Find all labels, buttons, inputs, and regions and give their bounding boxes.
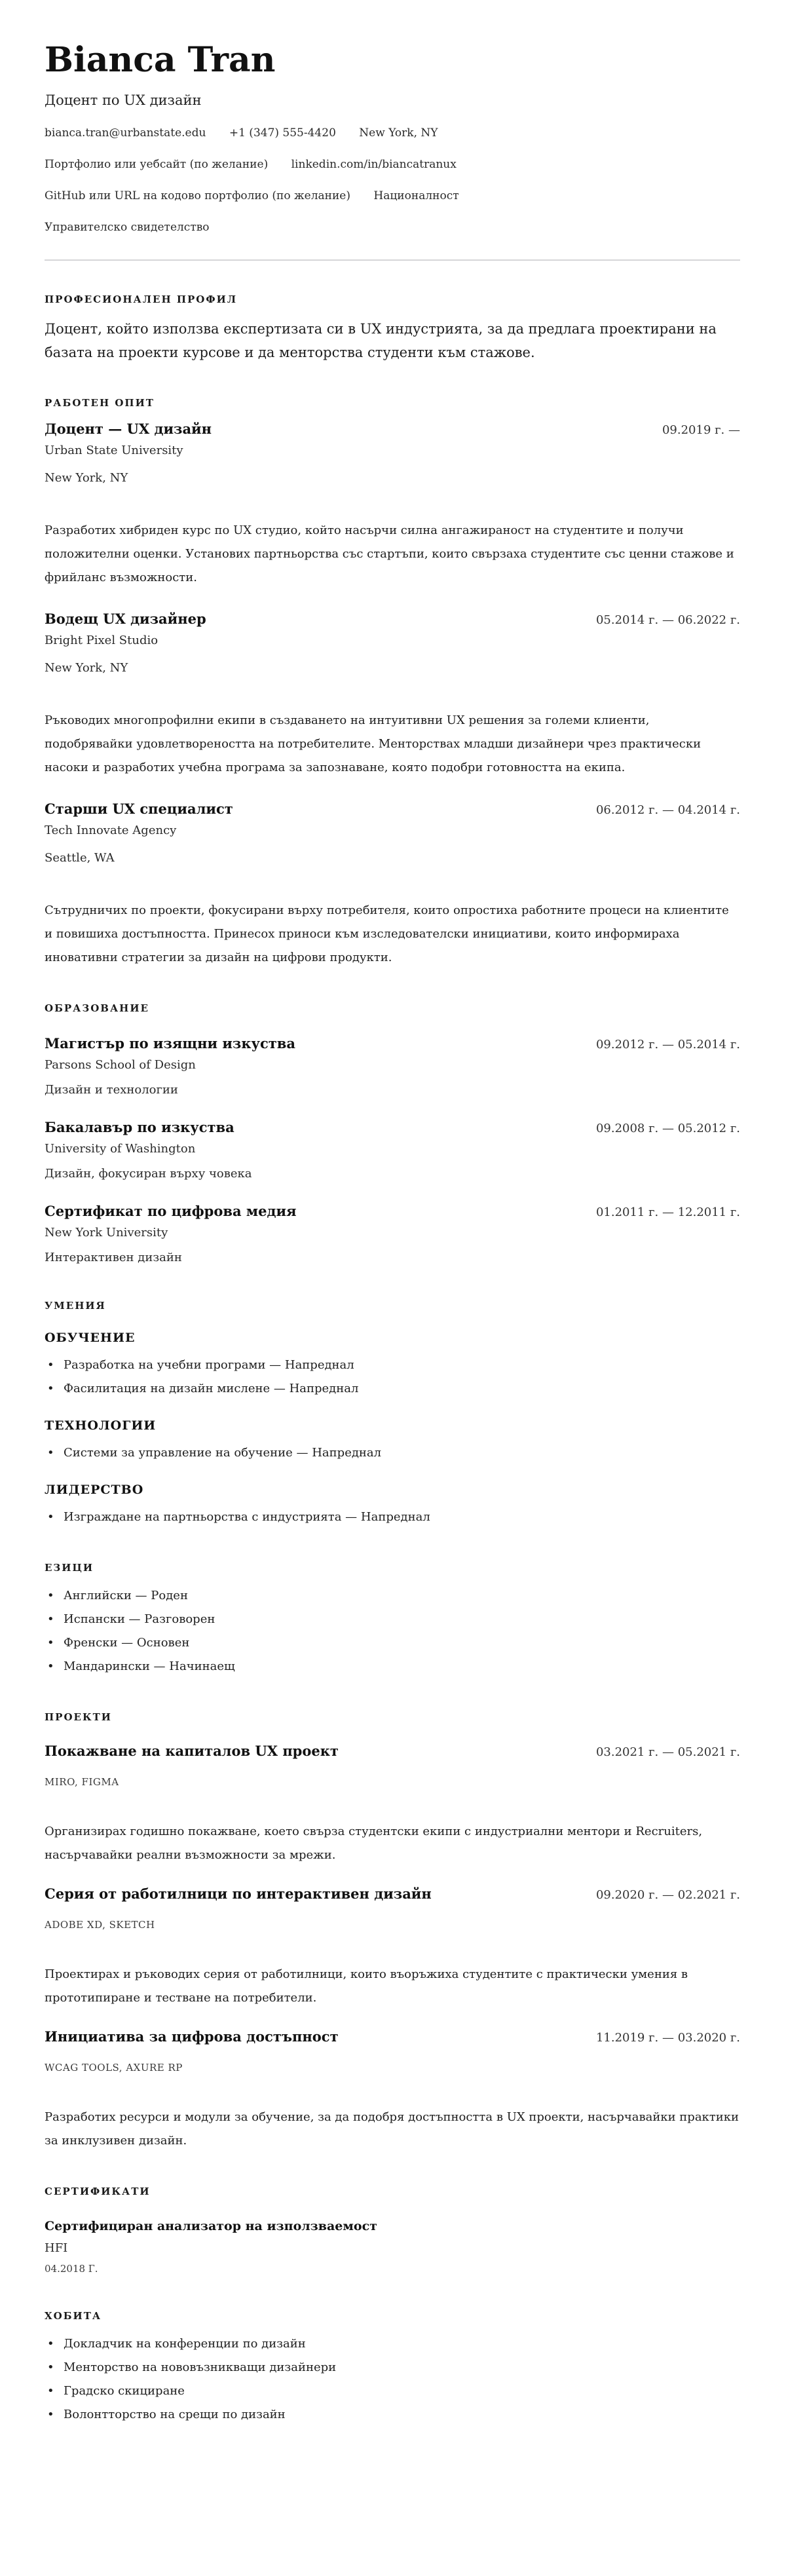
- section-title: Професионален профил: [45, 292, 740, 307]
- school: University of Washington: [45, 1140, 740, 1158]
- driving-license-placeholder: Управителско свидетелство: [45, 221, 210, 234]
- job-title: Старши UX специалист: [45, 799, 233, 819]
- certificate-date: 04.2018 Г.: [45, 2260, 740, 2277]
- skill-item: Изграждане на партньорства с индустрията…: [45, 1506, 740, 1529]
- resume-page: Bianca Tran Доцент по UX дизайн bianca.t…: [0, 0, 786, 2453]
- skill-item: Фасилитация на дизайн мислене — Напредна…: [45, 1377, 740, 1401]
- degree: Бакалавър по изкуства: [45, 1118, 234, 1137]
- section-title: Умения: [45, 1298, 740, 1313]
- job-description: Сътрудничих по проекти, фокусирани върху…: [45, 899, 740, 970]
- skill-list: Разработка на учебни програми — Напредна…: [45, 1354, 740, 1401]
- project-dates: 03.2021 г. — 05.2021 г.: [596, 1743, 740, 1762]
- project-title: Покажване на капиталов UX проект: [45, 1741, 339, 1761]
- hobby-item: Градско скициране: [45, 2379, 740, 2403]
- school: New York University: [45, 1224, 740, 1242]
- job-location: New York, NY: [45, 659, 740, 677]
- phone-number[interactable]: +1 (347) 555-4420: [229, 126, 336, 140]
- project-entry: Покажване на капиталов UX проект 03.2021…: [45, 1741, 740, 1867]
- hobby-list: Докладчик на конференции по дизайн Менто…: [45, 2332, 740, 2427]
- skill-item: Разработка на учебни програми — Напредна…: [45, 1354, 740, 1377]
- field-of-study: Дизайн, фокусиран върху човека: [45, 1165, 740, 1183]
- section-title: Образование: [45, 1001, 740, 1015]
- skill-item: Системи за управление на обучение — Напр…: [45, 1441, 740, 1465]
- section-languages: Езици Английски — Роден Испански — Разго…: [45, 1561, 740, 1678]
- education-entry: Бакалавър по изкуства 09.2008 г. — 05.20…: [45, 1118, 740, 1183]
- contact-row: bianca.tran@urbanstate.edu +1 (347) 555-…: [45, 124, 740, 142]
- section-education: Образование Магистър по изящни изкуства …: [45, 1001, 740, 1267]
- location: New York, NY: [359, 126, 438, 140]
- project-tools: WCAG TOOLS, AXURE RP: [45, 2060, 740, 2075]
- employer: Urban State University: [45, 442, 740, 460]
- certificate-issuer: HFI: [45, 2239, 740, 2258]
- language-list: Английски — Роден Испански — Разговорен …: [45, 1584, 740, 1678]
- degree: Сертификат по цифрова медия: [45, 1202, 297, 1221]
- skill-group-title: ЛИДЕРСТВО: [45, 1481, 740, 1499]
- candidate-headline: Доцент по UX дизайн: [45, 90, 740, 110]
- hobby-item: Докладчик на конференции по дизайн: [45, 2332, 740, 2356]
- contact-row: Управителско свидетелство: [45, 219, 740, 236]
- experience-entry: Доцент — UX дизайн 09.2019 г. — Urban St…: [45, 419, 740, 590]
- skill-list: Системи за управление на обучение — Напр…: [45, 1441, 740, 1465]
- skill-list: Изграждане на партньорства с индустрията…: [45, 1506, 740, 1529]
- project-title: Серия от работилници по интерактивен диз…: [45, 1884, 432, 1904]
- section-projects: Проекти Покажване на капиталов UX проект…: [45, 1710, 740, 2153]
- contact-row: GitHub или URL на кодово портфолио (по ж…: [45, 187, 740, 204]
- education-dates: 09.2008 г. — 05.2012 г.: [596, 1119, 740, 1139]
- section-title: Работен опит: [45, 396, 740, 410]
- job-title: Водещ UX дизайнер: [45, 609, 206, 629]
- education-dates: 09.2012 г. — 05.2014 г.: [596, 1035, 740, 1055]
- skill-group-title: ОБУЧЕНИЕ: [45, 1329, 740, 1347]
- section-title: Сертификати: [45, 2184, 740, 2199]
- project-description: Разработих ресурси и модули за обучение,…: [45, 2106, 740, 2153]
- candidate-name: Bianca Tran: [45, 38, 740, 83]
- project-description: Проектирах и ръководих серия от работилн…: [45, 1963, 740, 2010]
- project-description: Организирах годишно покажване, което свъ…: [45, 1820, 740, 1867]
- field-of-study: Интерактивен дизайн: [45, 1249, 740, 1267]
- hobby-item: Волонтторство на срещи по дизайн: [45, 2403, 740, 2427]
- skill-group-title: ТЕХНОЛОГИИ: [45, 1416, 740, 1435]
- experience-entry: Водещ UX дизайнер 05.2014 г. — 06.2022 г…: [45, 609, 740, 780]
- project-dates: 11.2019 г. — 03.2020 г.: [596, 2028, 740, 2048]
- language-item: Мандарински — Начинаещ: [45, 1655, 740, 1678]
- language-item: Френски — Основен: [45, 1631, 740, 1655]
- summary-text: Доцент, който използва експертизата си в…: [45, 317, 740, 364]
- job-location: New York, NY: [45, 469, 740, 487]
- linkedin-link[interactable]: linkedin.com/in/biancatranux: [291, 158, 457, 171]
- section-experience: Работен опит Доцент — UX дизайн 09.2019 …: [45, 396, 740, 970]
- education-entry: Сертификат по цифрова медия 01.2011 г. —…: [45, 1202, 740, 1267]
- header-divider: [45, 259, 740, 261]
- project-dates: 09.2020 г. — 02.2021 г.: [596, 1885, 740, 1905]
- language-item: Испански — Разговорен: [45, 1608, 740, 1631]
- certificate-name: Сертифициран анализатор на използваемост: [45, 2217, 740, 2235]
- experience-entry: Старши UX специалист 06.2012 г. — 04.201…: [45, 799, 740, 970]
- section-title: Хобита: [45, 2309, 740, 2323]
- section-certificates: Сертификати Сертифициран анализатор на и…: [45, 2184, 740, 2277]
- section-title: Езици: [45, 1561, 740, 1575]
- contact-info: bianca.tran@urbanstate.edu +1 (347) 555-…: [45, 124, 740, 236]
- job-description: Ръководих многопрофилни екипи в създаван…: [45, 709, 740, 780]
- education-dates: 01.2011 г. — 12.2011 г.: [596, 1203, 740, 1222]
- section-title: Проекти: [45, 1710, 740, 1724]
- nationality-placeholder: Националност: [373, 189, 458, 202]
- contact-row: Портфолио или уебсайт (по желание) linke…: [45, 156, 740, 173]
- degree: Магистър по изящни изкуства: [45, 1034, 295, 1053]
- education-entry: Магистър по изящни изкуства 09.2012 г. —…: [45, 1034, 740, 1099]
- field-of-study: Дизайн и технологии: [45, 1081, 740, 1099]
- project-tools: ADOBE XD, SKETCH: [45, 1917, 740, 1933]
- github-placeholder: GitHub или URL на кодово портфолио (по ж…: [45, 189, 350, 202]
- resume-header: Bianca Tran Доцент по UX дизайн bianca.t…: [45, 38, 740, 261]
- email-link[interactable]: bianca.tran@urbanstate.edu: [45, 126, 206, 140]
- job-dates: 05.2014 г. — 06.2022 г.: [596, 611, 740, 630]
- job-description: Разработих хибриден курс по UX студио, к…: [45, 519, 740, 590]
- portfolio-placeholder: Портфолио или уебсайт (по желание): [45, 158, 268, 171]
- employer: Tech Innovate Agency: [45, 822, 740, 840]
- job-title: Доцент — UX дизайн: [45, 419, 212, 439]
- job-dates: 09.2019 г. —: [662, 421, 740, 440]
- section-hobbies: Хобита Докладчик на конференции по дизай…: [45, 2309, 740, 2427]
- hobby-item: Менторство на нововъзникващи дизайнери: [45, 2356, 740, 2379]
- school: Parsons School of Design: [45, 1056, 740, 1074]
- section-skills: Умения ОБУЧЕНИЕ Разработка на учебни про…: [45, 1298, 740, 1529]
- project-entry: Серия от работилници по интерактивен диз…: [45, 1884, 740, 2010]
- project-tools: MIRO, FIGMA: [45, 1774, 740, 1790]
- project-title: Инициатива за цифрова достъпност: [45, 2027, 339, 2047]
- project-entry: Инициатива за цифрова достъпност 11.2019…: [45, 2027, 740, 2153]
- job-location: Seattle, WA: [45, 849, 740, 867]
- language-item: Английски — Роден: [45, 1584, 740, 1608]
- section-summary: Професионален профил Доцент, който изпол…: [45, 292, 740, 364]
- employer: Bright Pixel Studio: [45, 632, 740, 650]
- job-dates: 06.2012 г. — 04.2014 г.: [596, 801, 740, 820]
